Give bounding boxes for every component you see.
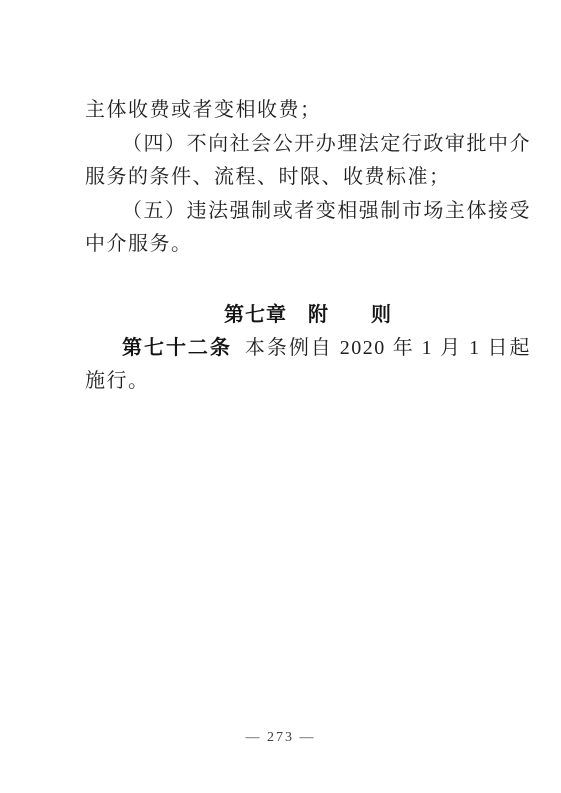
article-number: 第七十二条 (122, 337, 232, 359)
paragraph-clause-4: （四）不向社会公开办理法定行政审批中介服务的条件、流程、时限、收费标准； (85, 128, 531, 195)
article-paragraph: 第七十二条本条例自 2020 年 1 月 1 日起施行。 (85, 332, 531, 399)
document-page: 主体收费或者变相收费； （四）不向社会公开办理法定行政审批中介服务的条件、流程、… (0, 0, 561, 793)
paragraph-clause-5: （五）违法强制或者变相强制市场主体接受中介服务。 (85, 195, 531, 262)
chapter-heading: 第七章 附 则 (85, 298, 531, 332)
document-content: 主体收费或者变相收费； （四）不向社会公开办理法定行政审批中介服务的条件、流程、… (85, 94, 531, 399)
paragraph-clause-continuation: 主体收费或者变相收费； (85, 94, 531, 128)
page-number: — 273 — (0, 729, 561, 747)
